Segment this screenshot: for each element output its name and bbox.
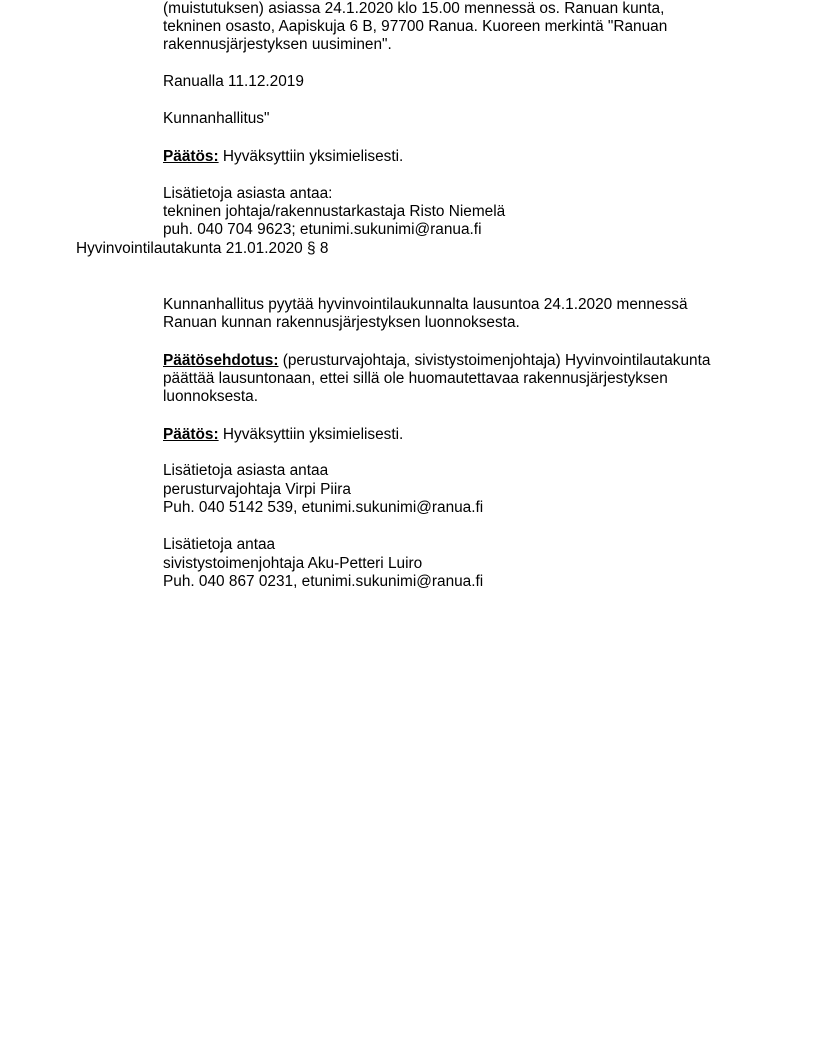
decision-1: Päätös: Hyväksyttiin yksimielisesti.: [163, 148, 403, 166]
contact-line: Puh. 040 5142 539, etunimi.sukunimi@ranu…: [163, 499, 483, 517]
contact-line: perusturvajohtaja Virpi Piira: [163, 481, 351, 499]
contact-line: tekninen johtaja/rakennustarkastaja Rist…: [163, 203, 505, 221]
decision-text: Hyväksyttiin yksimielisesti.: [219, 426, 404, 443]
proposal-first-line: Päätösehdotus: (perusturvajohtaja, sivis…: [163, 352, 710, 370]
notice-line: (muistutuksen) asiassa 24.1.2020 klo 15.…: [163, 0, 664, 18]
contact-line: sivistystoimenjohtaja Aku-Petteri Luiro: [163, 555, 422, 573]
proposal-text: (perusturvajohtaja, sivistystoimenjohtaj…: [278, 352, 710, 369]
place-date: Ranualla 11.12.2019: [163, 73, 304, 91]
decision-2: Päätös: Hyväksyttiin yksimielisesti.: [163, 426, 403, 444]
proposal-label: Päätösehdotus:: [163, 352, 278, 369]
signer: Kunnanhallitus": [163, 110, 269, 128]
contact-line: puh. 040 704 9623; etunimi.sukunimi@ranu…: [163, 221, 482, 239]
proposal-line: luonnoksesta.: [163, 388, 258, 406]
contact-line: Lisätietoja antaa: [163, 536, 275, 554]
request-line: Ranuan kunnan rakennusjärjestyksen luonn…: [163, 314, 520, 332]
decision-label: Päätös:: [163, 426, 219, 443]
decision-text: Hyväksyttiin yksimielisesti.: [219, 148, 404, 165]
notice-line: rakennusjärjestyksen uusiminen".: [163, 36, 392, 54]
contact-line: Puh. 040 867 0231, etunimi.sukunimi@ranu…: [163, 573, 483, 591]
notice-line: tekninen osasto, Aapiskuja 6 B, 97700 Ra…: [163, 18, 667, 36]
contact-line: Lisätietoja asiasta antaa: [163, 462, 328, 480]
decision-label: Päätös:: [163, 148, 219, 165]
contact-line: Lisätietoja asiasta antaa:: [163, 185, 332, 203]
section-header: Hyvinvointilautakunta 21.01.2020 § 8: [76, 240, 328, 258]
proposal-line: päättää lausuntonaan, ettei sillä ole hu…: [163, 370, 668, 388]
request-line: Kunnanhallitus pyytää hyvinvointilaukunn…: [163, 296, 688, 314]
